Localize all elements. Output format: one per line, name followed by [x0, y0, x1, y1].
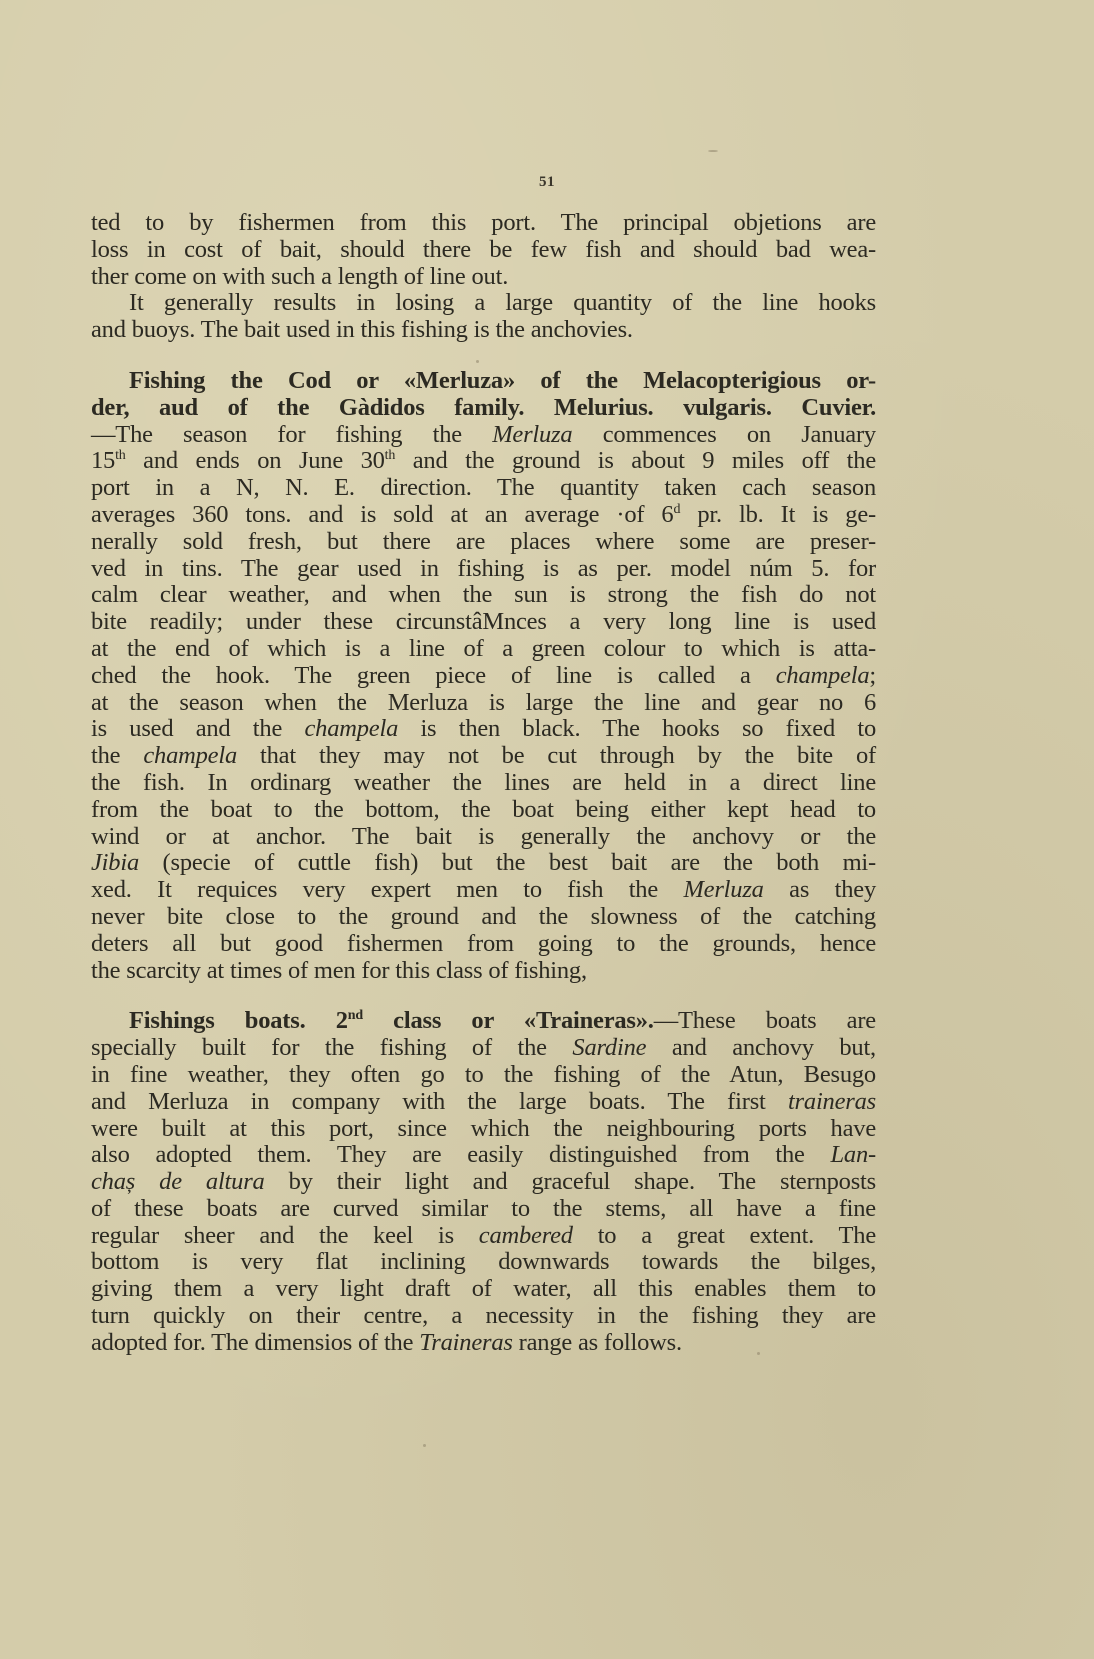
text-run: to a great extent. The [573, 1222, 876, 1249]
text-run: xed. It requices very expert men to fish… [91, 876, 683, 903]
text-run: It generally results in losing a large q… [129, 289, 876, 316]
text-run: wind or at anchor. The bait is generally… [91, 823, 876, 850]
superscript: th [385, 448, 396, 463]
text-line: were built at this port, since which the… [91, 1116, 876, 1143]
text-line: regular sheer and the keel is cambered t… [91, 1223, 876, 1250]
text-run: at the end of which is a line of a green… [91, 635, 876, 662]
text-run: loss in cost of bait, should there be fe… [91, 236, 876, 263]
text-run: ; [869, 662, 876, 689]
italic-term: champela [143, 742, 237, 769]
paragraph-gap [91, 984, 876, 1008]
text-run: by their light and graceful shape. The s… [265, 1168, 876, 1195]
text-run: ted to by fishermen from this port. The … [91, 209, 876, 236]
text-run: range as follows. [513, 1329, 682, 1356]
text-line: port in a N, N. E. direction. The quanti… [91, 475, 876, 502]
text-run: adopted for. The dimensios of the [91, 1329, 419, 1356]
paper-speck [757, 1352, 760, 1355]
text-run: specially built for the fishing of the [91, 1034, 572, 1061]
italic-term: Jibia [91, 849, 139, 876]
text-line: in fine weather, they often go to the fi… [91, 1062, 876, 1089]
paper-speck [476, 360, 479, 363]
text-line: and buoys. The bait used in this fishing… [91, 317, 876, 344]
text-run: ther come on with such a length of line … [91, 263, 508, 290]
paragraph-losing-hooks: It generally results in losing a large q… [91, 290, 876, 344]
text-line: giving them a very light draft of water,… [91, 1276, 876, 1303]
text-line: averages 360 tons. and is sold at an ave… [91, 502, 876, 529]
text-line: loss in cost of bait, should there be fe… [91, 237, 876, 264]
text-run: —The season for fishing the [91, 421, 492, 448]
italic-term: champela [304, 715, 398, 742]
text-run: were built at this port, since which the… [91, 1115, 876, 1142]
text-run: and buoys. The bait used in this fishing… [91, 316, 633, 343]
text-line: also adopted them. They are easily disti… [91, 1142, 876, 1169]
text-run: as they [764, 876, 876, 903]
text-run: the scarcity at times of men for this cl… [91, 957, 587, 984]
paper-speck [708, 150, 718, 152]
italic-term: cambered [479, 1222, 573, 1249]
text-line: is used and the champela is then black. … [91, 716, 876, 743]
text-line: calm clear weather, and when the sun is … [91, 582, 876, 609]
text-line: the champela that they may not be cut th… [91, 743, 876, 770]
bold-heading-text: Fishing the Cod or «Merluza» of the Mela… [129, 367, 876, 394]
text-line: It generally results in losing a large q… [91, 290, 876, 317]
text-run: 15 [91, 447, 115, 474]
text-run: commences on January [572, 421, 876, 448]
text-line: and Merluza in company with the large bo… [91, 1089, 876, 1116]
italic-term: Merluza [492, 421, 572, 448]
bold-heading-text: Fishings boats. 2 [129, 1007, 348, 1034]
text-run: from the boat to the bottom, the boat be… [91, 796, 876, 823]
text-run: never bite close to the ground and the s… [91, 903, 876, 930]
text-line: Jibia (specie of cuttle fish) but the be… [91, 850, 876, 877]
text-line: bite readily; under these circunstâMnces… [91, 609, 876, 636]
bold-heading-text: der, aud of the Gàdidos family. Melurius… [91, 394, 876, 421]
text-line: ched the hook. The green piece of line i… [91, 663, 876, 690]
text-line: at the season when the Merluza is large … [91, 690, 876, 717]
italic-term: Merluza [683, 876, 763, 903]
text-run: and Merluza in company with the large bo… [91, 1088, 788, 1115]
bold-heading-text: class or «Traineras». [363, 1007, 654, 1034]
text-line: nerally sold fresh, but there are places… [91, 529, 876, 556]
text-line: —The season for fishing the Merluza comm… [91, 422, 876, 449]
text-run: (specie of cuttle fish) but the best bai… [139, 849, 876, 876]
text-run: giving them a very light draft of water,… [91, 1275, 876, 1302]
text-run: pr. lb. It is ge- [680, 501, 876, 528]
paragraph-continuation: ted to by fishermen from this port. The … [91, 210, 876, 290]
text-run: and ends on June 30 [126, 447, 385, 474]
text-line: Fishing the Cod or «Merluza» of the Mela… [91, 368, 876, 395]
paragraph-merluza-section: Fishing the Cod or «Merluza» of the Mela… [91, 368, 876, 984]
text-line: ved in tins. The gear used in fishing is… [91, 556, 876, 583]
text-run: bottom is very flat inclining downwards … [91, 1248, 876, 1275]
text-line: xed. It requices very expert men to fish… [91, 877, 876, 904]
paragraph-traineras-section: Fishings boats. 2nd class or «Traineras»… [91, 1008, 876, 1356]
text-run: averages 360 tons. and is sold at an ave… [91, 501, 673, 528]
italic-term: Sardine [572, 1034, 646, 1061]
text-run: nerally sold fresh, but there are places… [91, 528, 876, 555]
text-run: calm clear weather, and when the sun is … [91, 581, 876, 608]
text-run: the fish. In ordinarg weather the lines … [91, 769, 876, 796]
text-line: deters all but good fishermen from going… [91, 931, 876, 958]
text-line: 15th and ends on June 30th and the groun… [91, 448, 876, 475]
text-line: wind or at anchor. The bait is generally… [91, 824, 876, 851]
text-run: ched the hook. The green piece of line i… [91, 662, 776, 689]
italic-term: Traineras [419, 1329, 513, 1356]
page-number: 51 [0, 174, 1094, 191]
text-line: der, aud of the Gàdidos family. Melurius… [91, 395, 876, 422]
bold-heading-text: nd [348, 1008, 363, 1023]
text-line: from the boat to the bottom, the boat be… [91, 797, 876, 824]
text-run: is then black. The hooks so fixed to [398, 715, 876, 742]
text-line: specially built for the fishing of the S… [91, 1035, 876, 1062]
text-line: of these boats are curved similar to the… [91, 1196, 876, 1223]
text-run: port in a N, N. E. direction. The quanti… [91, 474, 876, 501]
text-run: ved in tins. The gear used in fishing is… [91, 555, 876, 582]
italic-term: champela [776, 662, 870, 689]
superscript: th [115, 448, 126, 463]
text-run: is used and the [91, 715, 304, 742]
paragraph-gap [91, 344, 876, 368]
text-run: that they may not be cut through by the … [237, 742, 876, 769]
text-run: at the season when the Merluza is large … [91, 689, 876, 716]
text-run: of these boats are curved similar to the… [91, 1195, 876, 1222]
text-line: bottom is very flat inclining downwards … [91, 1249, 876, 1276]
text-run: the [91, 742, 143, 769]
paper-speck [423, 1444, 426, 1447]
text-line: never bite close to the ground and the s… [91, 904, 876, 931]
text-run: also adopted them. They are easily disti… [91, 1141, 831, 1168]
text-line: the scarcity at times of men for this cl… [91, 958, 876, 985]
text-run: turn quickly on their centre, a necessit… [91, 1302, 876, 1329]
text-line: turn quickly on their centre, a necessit… [91, 1303, 876, 1330]
text-run: and the ground is about 9 miles off the [395, 447, 876, 474]
text-line: at the end of which is a line of a green… [91, 636, 876, 663]
text-run: deters all but good fishermen from going… [91, 930, 876, 957]
italic-term: Lan- [831, 1141, 877, 1168]
text-run: —These boats are [654, 1007, 876, 1034]
text-line: chaș de altura by their light and gracef… [91, 1169, 876, 1196]
text-line: ted to by fishermen from this port. The … [91, 210, 876, 237]
text-run: regular sheer and the keel is [91, 1222, 479, 1249]
text-line: the fish. In ordinarg weather the lines … [91, 770, 876, 797]
text-line: ther come on with such a length of line … [91, 264, 876, 291]
italic-term: chaș de altura [91, 1168, 265, 1195]
italic-term: traineras [788, 1088, 876, 1115]
text-line: Fishings boats. 2nd class or «Traineras»… [91, 1008, 876, 1035]
text-run: bite readily; under these circunstâMnces… [91, 608, 876, 635]
text-run: in fine weather, they often go to the fi… [91, 1061, 876, 1088]
text-run: and anchovy but, [646, 1034, 876, 1061]
body-text: ted to by fishermen from this port. The … [91, 210, 876, 1357]
